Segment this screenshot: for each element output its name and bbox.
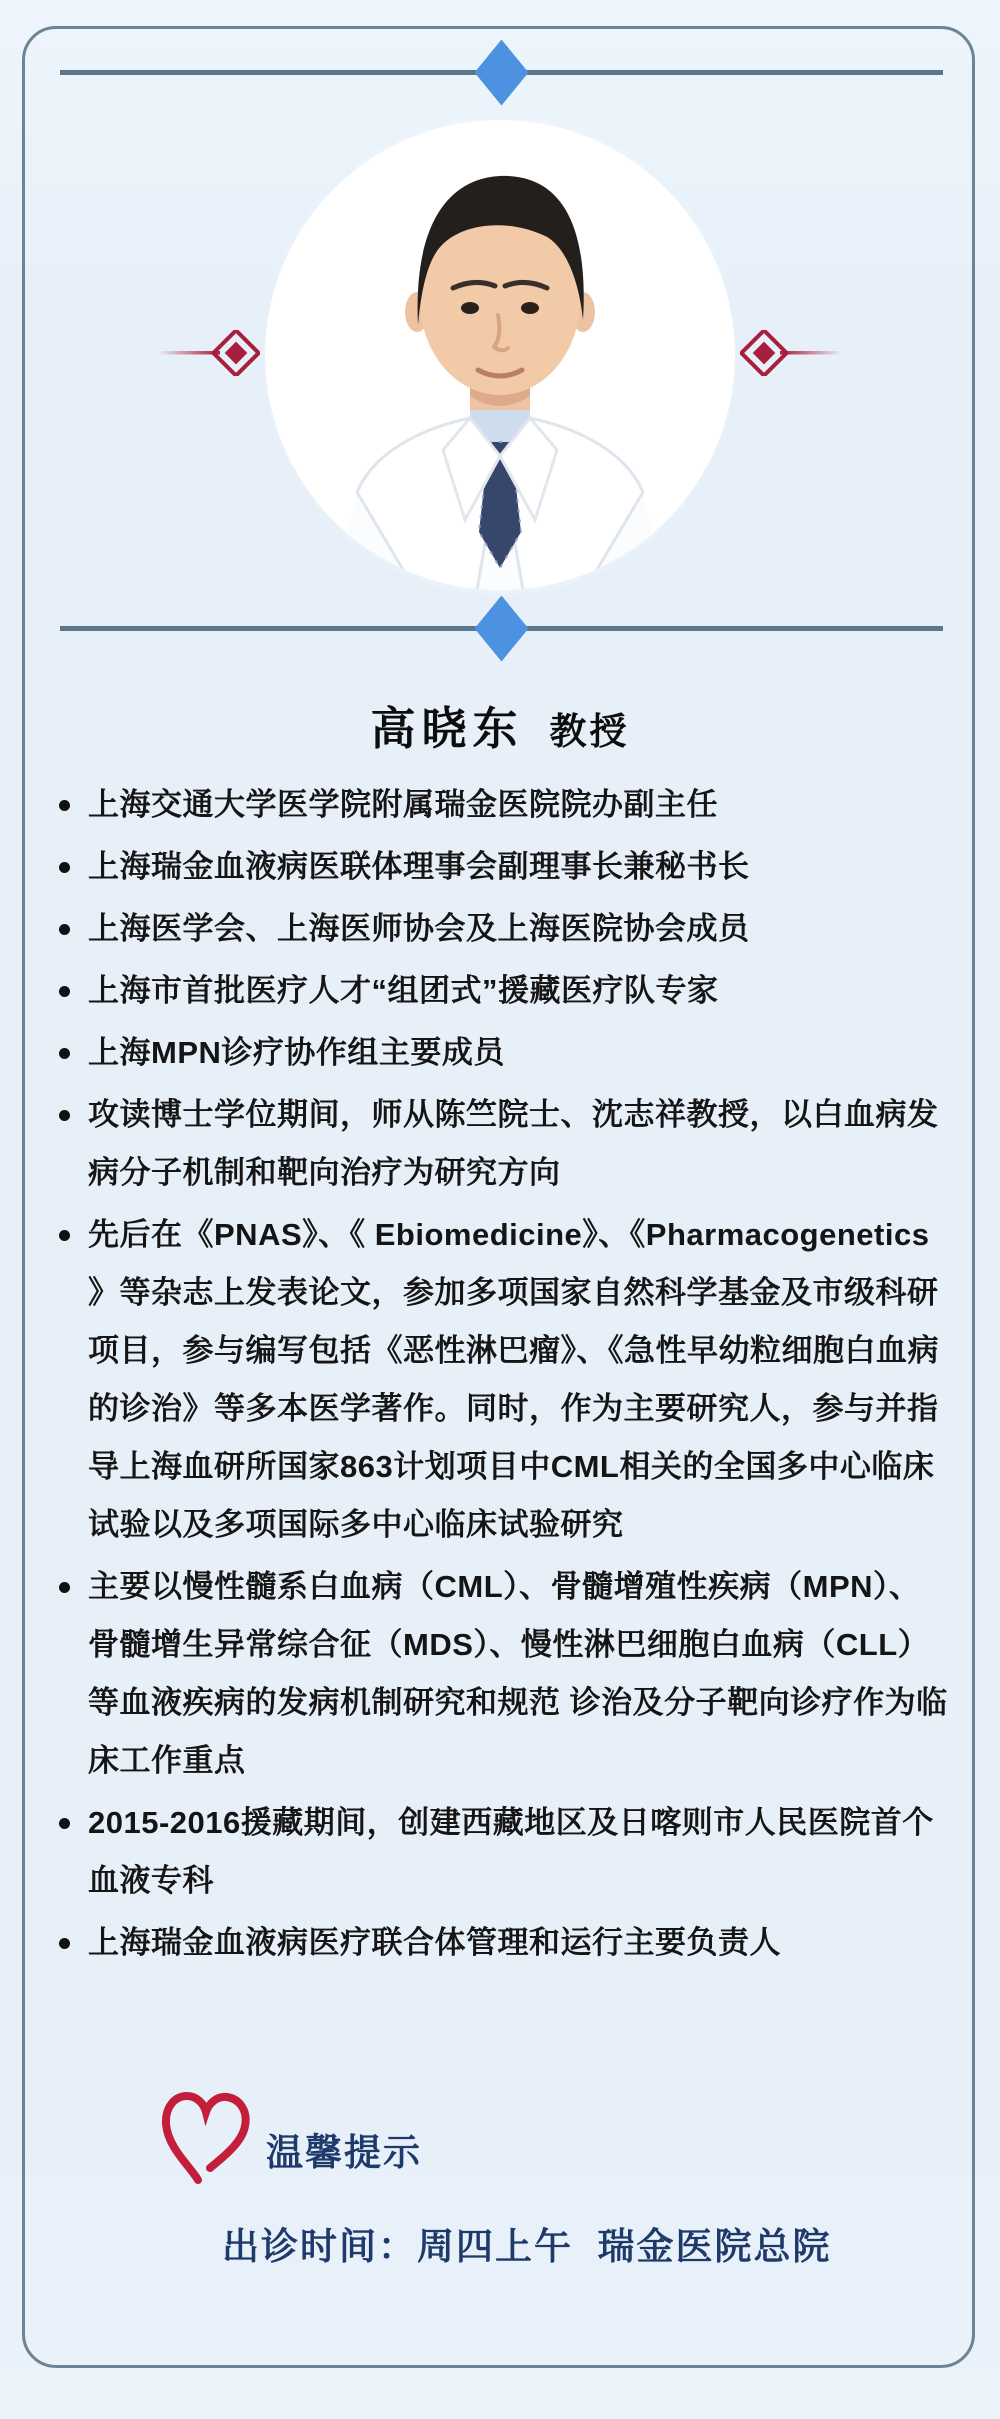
doctor-photo [262,112,738,598]
credential-text: 攻读博士学位期间，师从陈竺院士、沈志祥教授，以白血病发病分子机制和靶向治疗为研究… [88,1086,952,1202]
credential-text: 上海医学会、上海医师协会及上海医院协会成员 [88,900,952,958]
credentials-list: 上海交通大学医学院附属瑞金医院院办副主任 上海瑞金血液病医联体理事会副理事长兼秘… [57,776,952,1976]
bullet-dot [59,1048,70,1059]
bullet-dot [59,1582,70,1593]
credential-text: 上海市首批医疗人才“组团式”援藏医疗队专家 [88,962,952,1020]
doctor-portrait-illustration [265,120,735,590]
list-item: 上海市首批医疗人才“组团式”援藏医疗队专家 [57,962,952,1020]
credential-text: 主要以慢性髓系白血病（CML）、骨髓增殖性疾病（MPN）、骨髓增生异常综合征（M… [88,1558,952,1790]
bullet-dot [59,1938,70,1949]
photo-ornament-right [740,330,842,376]
doctor-title: 教授 [550,711,630,752]
doctor-name-row: 高晓东教授 [0,692,1000,757]
notice-heading: 温馨提示 [266,2122,422,2176]
list-item: 攻读博士学位期间，师从陈竺院士、沈志祥教授，以白血病发病分子机制和靶向治疗为研究… [57,1086,952,1202]
credential-text: 2015-2016援藏期间，创建西藏地区及日喀则市人民医院首个血液专科 [88,1794,952,1910]
bullet-dot [59,986,70,997]
list-item: 主要以慢性髓系白血病（CML）、骨髓增殖性疾病（MPN）、骨髓增生异常综合征（M… [57,1558,952,1790]
list-item: 上海瑞金血液病医疗联合体管理和运行主要负责人 [57,1914,952,1972]
list-item: 上海医学会、上海医师协会及上海医院协会成员 [57,900,952,958]
list-item: 先后在《PNAS》、《 Ebiomedicine》、《Pharmacogenet… [57,1206,952,1554]
bullet-dot [59,1110,70,1121]
list-item: 上海MPN诊疗协作组主要成员 [57,1024,952,1082]
credential-text: 上海瑞金血液病医联体理事会副理事长兼秘书长 [88,838,952,896]
bullet-dot [59,924,70,935]
list-item: 上海瑞金血液病医联体理事会副理事长兼秘书长 [57,838,952,896]
photo-ornament-left [158,330,260,376]
heart-icon [160,2084,252,2188]
credential-text: 上海瑞金血液病医疗联合体管理和运行主要负责人 [88,1914,952,1972]
credential-text: 先后在《PNAS》、《 Ebiomedicine》、《Pharmacogenet… [88,1206,952,1554]
red-diamond-ornament-icon [158,330,260,376]
bottom-divider [60,626,943,631]
notice-heading-row: 温馨提示 [160,2084,422,2188]
top-divider [60,70,943,75]
credential-text: 上海MPN诊疗协作组主要成员 [88,1024,952,1082]
list-item: 上海交通大学医学院附属瑞金医院院办副主任 [57,776,952,834]
bullet-dot [59,862,70,873]
bullet-dot [59,1818,70,1829]
list-item: 2015-2016援藏期间，创建西藏地区及日喀则市人民医院首个血液专科 [57,1794,952,1910]
doctor-name: 高晓东 [370,703,523,754]
bullet-dot [59,1230,70,1241]
credential-text: 上海交通大学医学院附属瑞金医院院办副主任 [88,776,952,834]
schedule-text: 出诊时间：周四上午 瑞金医院总院 [222,2216,832,2270]
red-diamond-ornament-icon [740,330,842,376]
bullet-dot [59,800,70,811]
